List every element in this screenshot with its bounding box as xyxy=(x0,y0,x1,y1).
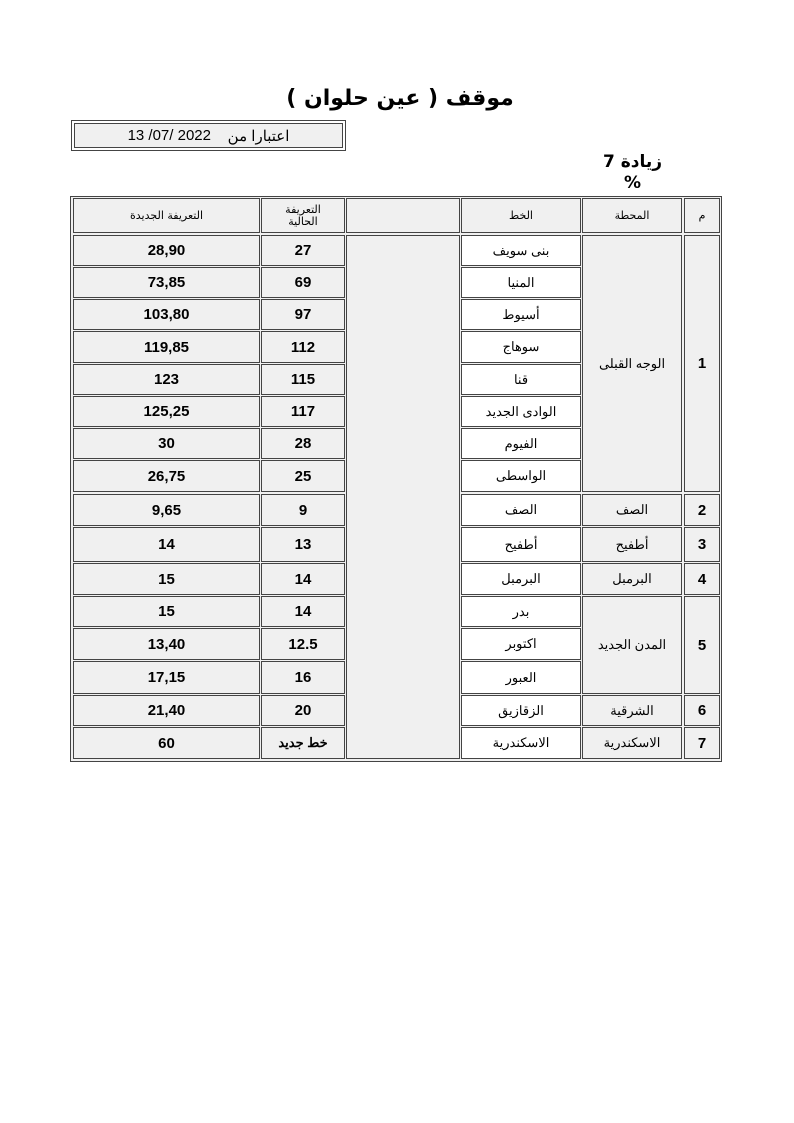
current-fare-cell: 69 xyxy=(261,267,345,298)
current-fare-cell: 20 xyxy=(261,695,345,726)
group-station: الشرقية xyxy=(582,695,682,726)
current-fare-cell: 9 xyxy=(261,494,345,526)
current-fare-cell: 25 xyxy=(261,460,345,492)
current-fare-cell: 12.5 xyxy=(261,628,345,660)
effective-date-value: 13 /07/ 2022 xyxy=(128,127,211,144)
new-fare-cell: 119,85 xyxy=(73,331,260,363)
group-station: المدن الجديد xyxy=(582,596,682,694)
new-fare-cell: 17,15 xyxy=(73,661,260,694)
line-cell: العبور xyxy=(461,661,581,694)
group-station: الصف xyxy=(582,494,682,526)
header-station: المحطة xyxy=(582,198,682,233)
current-fare-cell: 28 xyxy=(261,428,345,459)
fare-table: م المحطة الخط التعريفة الحالية التعريفة … xyxy=(70,196,722,762)
line-cell: بدر xyxy=(461,596,581,627)
current-fare-cell: 27 xyxy=(261,235,345,266)
line-cell: أسيوط xyxy=(461,299,581,330)
line-cell: قنا xyxy=(461,364,581,395)
line-cell: المنيا xyxy=(461,267,581,298)
line-cell: أطفيح xyxy=(461,527,581,562)
page-title: موقف ( عين حلوان ) xyxy=(250,86,550,111)
group-index: 6 xyxy=(684,695,720,726)
line-cell: الصف xyxy=(461,494,581,526)
increase-note-line1: زيادة 7 xyxy=(585,152,680,173)
group-station: الوجه القبلى xyxy=(582,235,682,492)
header-new-fare: التعريفة الجديدة xyxy=(73,198,260,233)
current-fare-cell: 97 xyxy=(261,299,345,330)
increase-note: زيادة 7 % xyxy=(585,152,680,194)
effective-date-box: اعتبارا من 13 /07/ 2022 xyxy=(71,120,346,151)
new-fare-cell: 73,85 xyxy=(73,267,260,298)
effective-date-inner: اعتبارا من 13 /07/ 2022 xyxy=(74,123,343,148)
header-index: م xyxy=(684,198,720,233)
new-fare-cell: 60 xyxy=(73,727,260,759)
header-line: الخط xyxy=(461,198,581,233)
group-station: أطفيح xyxy=(582,527,682,562)
current-fare-cell: 115 xyxy=(261,364,345,395)
group-index: 5 xyxy=(684,596,720,694)
new-fare-cell: 125,25 xyxy=(73,396,260,427)
new-fare-cell: 13,40 xyxy=(73,628,260,660)
new-fare-cell: 21,40 xyxy=(73,695,260,726)
new-fare-cell: 30 xyxy=(73,428,260,459)
line-cell: الواسطى xyxy=(461,460,581,492)
effective-date-label: اعتبارا من xyxy=(228,127,290,145)
group-index: 4 xyxy=(684,563,720,595)
effective-date-spacer xyxy=(211,127,228,144)
new-fare-cell: 15 xyxy=(73,596,260,627)
line-cell: الزقازيق xyxy=(461,695,581,726)
increase-note-line2: % xyxy=(585,173,680,194)
line-cell: اكتوبر xyxy=(461,628,581,660)
new-fare-cell: 103,80 xyxy=(73,299,260,330)
line-cell: الاسكندرية xyxy=(461,727,581,759)
current-fare-cell: 112 xyxy=(261,331,345,363)
current-fare-cell: 14 xyxy=(261,563,345,595)
group-index: 1 xyxy=(684,235,720,492)
new-fare-cell: 28,90 xyxy=(73,235,260,266)
new-fare-cell: 26,75 xyxy=(73,460,260,492)
group-index: 7 xyxy=(684,727,720,759)
line-cell: الوادى الجديد xyxy=(461,396,581,427)
current-fare-cell: خط جديد xyxy=(261,727,345,759)
header-current-fare: التعريفة الحالية xyxy=(261,198,345,233)
current-fare-cell: 16 xyxy=(261,661,345,694)
header-blank xyxy=(346,198,460,233)
current-fare-cell: 14 xyxy=(261,596,345,627)
new-fare-cell: 14 xyxy=(73,527,260,562)
line-cell: البرمبل xyxy=(461,563,581,595)
group-station: الاسكندرية xyxy=(582,727,682,759)
group-station: البرمبل xyxy=(582,563,682,595)
line-cell: سوهاج xyxy=(461,331,581,363)
new-fare-cell: 123 xyxy=(73,364,260,395)
group-index: 3 xyxy=(684,527,720,562)
blank-column xyxy=(346,235,460,759)
current-fare-cell: 117 xyxy=(261,396,345,427)
new-fare-cell: 15 xyxy=(73,563,260,595)
current-fare-cell: 13 xyxy=(261,527,345,562)
new-fare-cell: 9,65 xyxy=(73,494,260,526)
group-index: 2 xyxy=(684,494,720,526)
line-cell: بنى سويف xyxy=(461,235,581,266)
line-cell: الفيوم xyxy=(461,428,581,459)
